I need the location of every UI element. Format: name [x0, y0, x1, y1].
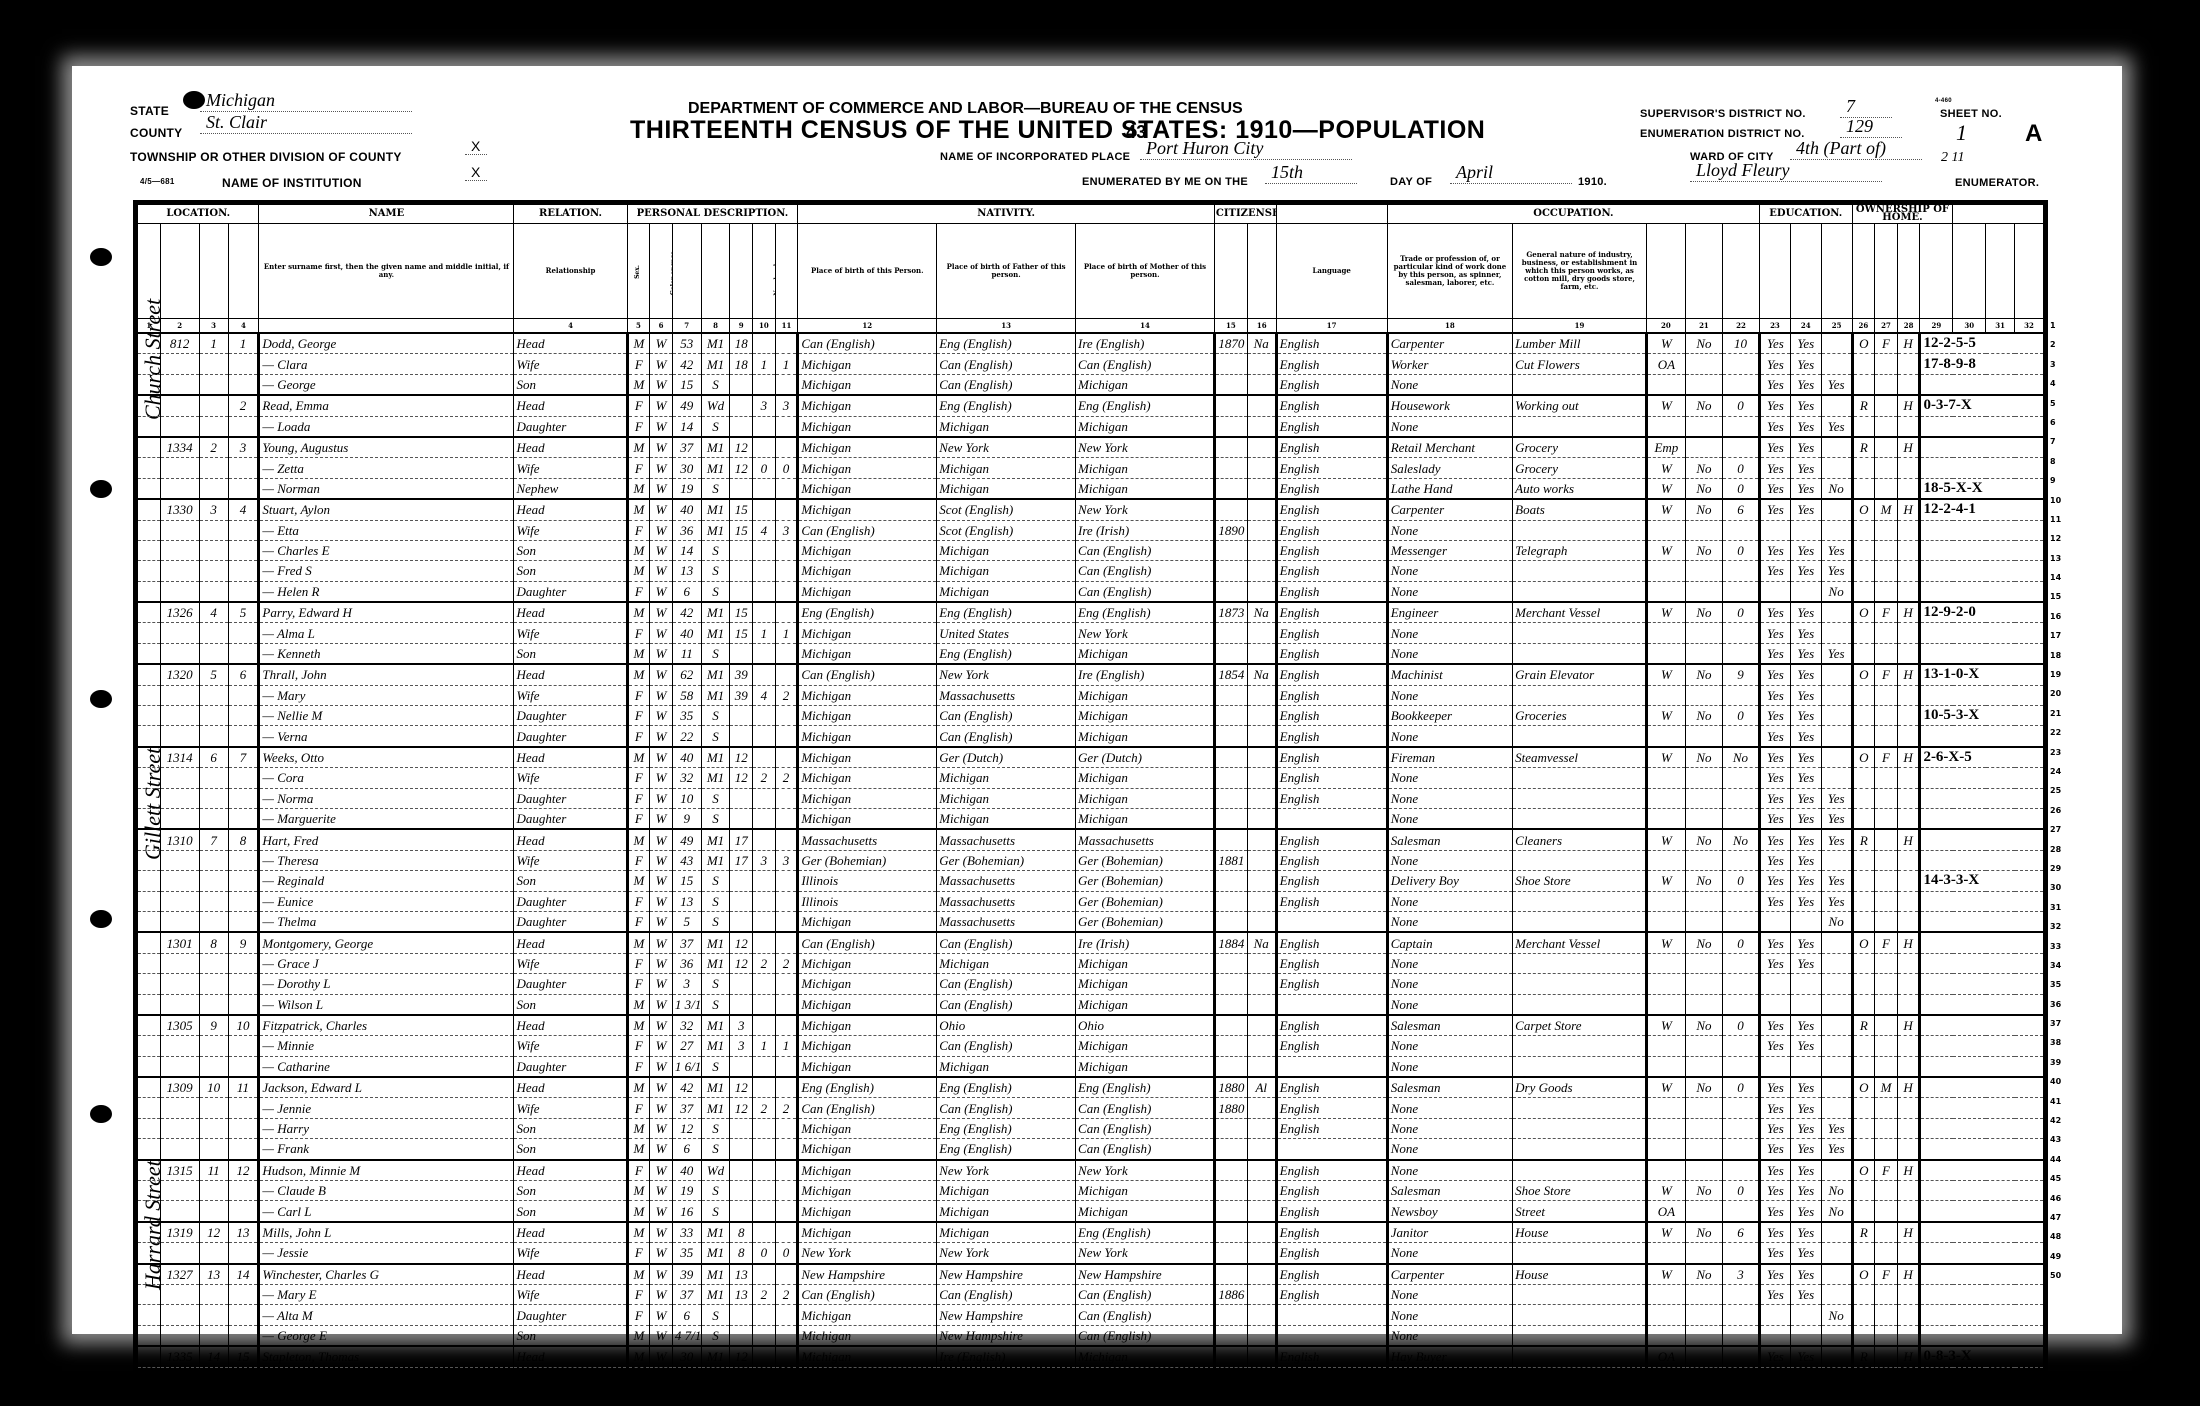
cell-lang: English	[1276, 706, 1387, 726]
cell-dw	[199, 1181, 228, 1201]
cell-blank	[138, 1036, 161, 1056]
cell-ind	[1513, 561, 1647, 581]
cell-race: W	[650, 374, 673, 395]
person-row: — Dorothy LDaughterFW3SMichiganCan (Engl…	[138, 974, 2044, 994]
cell-fam: 14	[228, 1264, 259, 1285]
cell-oow: No	[1685, 602, 1722, 623]
cell-school	[1821, 1015, 1852, 1036]
cell-write	[1790, 520, 1821, 540]
cell-own	[1852, 994, 1875, 1015]
cell-fpob: Massachusetts	[937, 829, 1076, 850]
cell-lang: English	[1276, 1160, 1387, 1181]
cell-code	[1920, 829, 2044, 850]
cell-school	[1821, 333, 1852, 354]
cell-occ: None	[1387, 1118, 1512, 1138]
person-row: — JennieWifeFW37M11222Can (English)Can (…	[138, 1098, 2044, 1118]
cell-own: O	[1852, 747, 1875, 768]
cell-pob: Can (English)	[798, 1284, 937, 1304]
cell-mpob: New York	[1076, 1243, 1215, 1264]
cell-fam	[228, 685, 259, 705]
cell-rel: Head	[514, 333, 627, 354]
cell-write	[1790, 1325, 1821, 1346]
cell-nat	[1247, 808, 1276, 829]
column-number: 31	[1986, 319, 2015, 334]
cell-lang: English	[1276, 437, 1387, 458]
cell-oow	[1685, 953, 1722, 973]
cell-race: W	[650, 478, 673, 499]
cell-nat: Na	[1247, 602, 1276, 623]
cell-nat	[1247, 354, 1276, 374]
cell-dw	[199, 1098, 228, 1118]
cell-fh: H	[1897, 747, 1920, 768]
cell-ms: S	[701, 994, 730, 1015]
cell-born	[753, 891, 776, 911]
cell-living	[775, 1346, 798, 1367]
cell-name: — Zetta	[259, 458, 514, 478]
cell-born	[753, 788, 776, 808]
cell-occ: Carpenter	[1387, 333, 1512, 354]
cell-mpob: Michigan	[1076, 1056, 1215, 1077]
cell-imm	[1214, 540, 1247, 560]
cell-fpob: Michigan	[937, 561, 1076, 581]
cell-ms: S	[701, 1139, 730, 1160]
cell-read: Yes	[1760, 1284, 1791, 1304]
person-row: 130189Montgomery, GeorgeHeadMW37M112Can …	[138, 932, 2044, 953]
cell-mpob: Michigan	[1076, 1201, 1215, 1222]
cell-sex: F	[627, 891, 650, 911]
cell-fh	[1897, 1098, 1920, 1118]
cell-yrs	[730, 1325, 753, 1346]
cell-lang: English	[1276, 1222, 1387, 1243]
cell-emp	[1646, 911, 1685, 932]
cell-code	[1920, 1181, 2044, 1201]
cell-pob: Michigan	[798, 478, 937, 499]
cell-race: W	[650, 768, 673, 788]
cell-ind	[1513, 1305, 1647, 1325]
cell-mpob: Ger (Dutch)	[1076, 747, 1215, 768]
cell-free	[1875, 871, 1898, 891]
cell-mpob: Michigan	[1076, 953, 1215, 973]
cell-mpob: Ohio	[1076, 1015, 1215, 1036]
cell-fpob: Can (English)	[937, 1036, 1076, 1056]
cell-yrs: 17	[730, 829, 753, 850]
cell-lang: English	[1276, 1181, 1387, 1201]
cell-blank	[138, 768, 161, 788]
cell-fam	[228, 374, 259, 395]
cell-yrs	[730, 374, 753, 395]
cell-nat	[1247, 685, 1276, 705]
line-number: 27	[2050, 820, 2072, 839]
cell-fh: H	[1897, 1222, 1920, 1243]
cell-born: 4	[753, 685, 776, 705]
cell-yrs: 39	[730, 664, 753, 685]
cell-race: W	[650, 1284, 673, 1304]
cell-house: 1305	[160, 1015, 199, 1036]
cell-ms: S	[701, 1056, 730, 1077]
cell-dw	[199, 891, 228, 911]
line-number: 6	[2050, 413, 2072, 432]
cell-living	[775, 911, 798, 932]
cell-age: 35	[672, 706, 701, 726]
cell-code: 12-2-4-1	[1920, 499, 2044, 520]
cell-own: O	[1852, 499, 1875, 520]
cell-dw	[199, 354, 228, 374]
cell-fam	[228, 808, 259, 829]
cell-blank	[138, 354, 161, 374]
person-row: 131467Weeks, OttoHeadMW40M112MichiganGer…	[138, 747, 2044, 768]
cell-born: 0	[753, 1243, 776, 1264]
cell-wks	[1722, 581, 1759, 602]
cell-race: W	[650, 953, 673, 973]
cell-house: 1314	[160, 747, 199, 768]
cell-race: W	[650, 623, 673, 643]
cell-free	[1875, 726, 1898, 747]
population-schedule-table: LOCATION. NAME RELATION. PERSONAL DESCRI…	[133, 200, 2048, 1372]
cell-code	[1920, 1201, 2044, 1222]
cell-code	[1920, 1160, 2044, 1181]
group-occupation: OCCUPATION.	[1387, 205, 1759, 224]
cell-code: 0-8-3-X	[1920, 1346, 2044, 1367]
cell-emp	[1646, 891, 1685, 911]
cell-mpob: Michigan	[1076, 726, 1215, 747]
cell-wks	[1722, 1160, 1759, 1181]
cell-read: Yes	[1760, 768, 1791, 788]
line-number: 45	[2050, 1169, 2072, 1188]
cell-fam: 11	[228, 1077, 259, 1098]
cell-living	[775, 788, 798, 808]
cell-yrs: 12	[730, 747, 753, 768]
person-row: — MaryWifeFW58M13942MichiganMassachusett…	[138, 685, 2044, 705]
cell-fpob: Eng (English)	[937, 395, 1076, 416]
cell-age: 49	[672, 829, 701, 850]
enumerated-day: 15th	[1265, 162, 1357, 184]
cell-wks	[1722, 685, 1759, 705]
line-number: 9	[2050, 471, 2072, 490]
cell-lang: English	[1276, 747, 1387, 768]
cell-school	[1821, 1098, 1852, 1118]
cell-born	[753, 932, 776, 953]
cell-yrs: 18	[730, 354, 753, 374]
cell-born: 2	[753, 1284, 776, 1304]
group-misc	[1953, 205, 2044, 224]
cell-school	[1821, 354, 1852, 374]
line-number: 13	[2050, 549, 2072, 568]
cell-fam	[228, 623, 259, 643]
cell-occ: Engineer	[1387, 602, 1512, 623]
column-header: Street, avenue, road, etc.	[138, 224, 161, 319]
cell-fh	[1897, 994, 1920, 1015]
cell-fpob: Scot (English)	[937, 499, 1076, 520]
column-number	[259, 319, 514, 334]
cell-fpob: Eng (English)	[937, 1139, 1076, 1160]
person-row: — George ESonMW4 7/12SMichiganNew Hampsh…	[138, 1325, 2044, 1346]
cell-name: — Alta M	[259, 1305, 514, 1325]
cell-occ: Worker	[1387, 354, 1512, 374]
cell-name: Winchester, Charles G	[259, 1264, 514, 1285]
cell-fh: H	[1897, 1015, 1920, 1036]
cell-name: Montgomery, George	[259, 932, 514, 953]
cell-race: W	[650, 850, 673, 870]
cell-ms: S	[701, 478, 730, 499]
cell-blank	[138, 1325, 161, 1346]
cell-nat	[1247, 395, 1276, 416]
cell-fam: 5	[228, 602, 259, 623]
cell-imm: 1880	[1214, 1098, 1247, 1118]
cell-emp	[1646, 581, 1685, 602]
cell-sex: M	[627, 1077, 650, 1098]
cell-read	[1760, 520, 1791, 540]
cell-yrs: 15	[730, 499, 753, 520]
cell-nat	[1247, 1118, 1276, 1138]
cell-free: M	[1875, 1077, 1898, 1098]
cell-school: Yes	[1821, 788, 1852, 808]
person-row: 133423Young, AugustusHeadMW37M112Michiga…	[138, 437, 2044, 458]
cell-write: Yes	[1790, 1222, 1821, 1243]
cell-fpob: Michigan	[937, 1222, 1076, 1243]
cell-born	[753, 974, 776, 994]
census-title: THIRTEENTH CENSUS OF THE UNITED STATES: …	[630, 116, 1485, 145]
cell-fh	[1897, 1036, 1920, 1056]
cell-ind	[1513, 911, 1647, 932]
cell-age: 37	[672, 1098, 701, 1118]
cell-race: W	[650, 726, 673, 747]
column-number: 26	[1852, 319, 1875, 334]
cell-rel: Son	[514, 561, 627, 581]
line-number: 38	[2050, 1033, 2072, 1052]
cell-dw	[199, 911, 228, 932]
cell-fh: H	[1897, 664, 1920, 685]
cell-rel: Son	[514, 643, 627, 664]
cell-name: — Claude B	[259, 1181, 514, 1201]
cell-pob: Michigan	[798, 1118, 937, 1138]
cell-read	[1760, 994, 1791, 1015]
cell-pob: Michigan	[798, 437, 937, 458]
cell-school	[1821, 1222, 1852, 1243]
cell-emp: W	[1646, 458, 1685, 478]
cell-emp	[1646, 1118, 1685, 1138]
cell-read: Yes	[1760, 499, 1791, 520]
cell-fpob: Massachusetts	[937, 871, 1076, 891]
cell-race: W	[650, 395, 673, 416]
cell-pob: Can (English)	[798, 333, 937, 354]
cell-house	[160, 1284, 199, 1304]
cell-age: 4 7/12	[672, 1325, 701, 1346]
cell-free	[1875, 1139, 1898, 1160]
cell-rel: Head	[514, 437, 627, 458]
column-header: Whether an employer, employee, or workin…	[1646, 224, 1685, 319]
cell-nat	[1247, 1222, 1276, 1243]
column-number: 3	[199, 319, 228, 334]
cell-write: Yes	[1790, 1201, 1821, 1222]
cell-own	[1852, 458, 1875, 478]
cell-fh	[1897, 891, 1920, 911]
cell-occ: Salesman	[1387, 1077, 1512, 1098]
cell-rel: Head	[514, 1222, 627, 1243]
cell-mpob: Can (English)	[1076, 1284, 1215, 1304]
group-personal: PERSONAL DESCRIPTION.	[627, 205, 798, 224]
cell-race: W	[650, 1118, 673, 1138]
cell-occ: Salesman	[1387, 1015, 1512, 1036]
cell-school: No	[1821, 1181, 1852, 1201]
cell-dw	[199, 808, 228, 829]
cell-fh: H	[1897, 829, 1920, 850]
cell-fh	[1897, 1325, 1920, 1346]
cell-imm: 1881	[1214, 850, 1247, 870]
cell-free	[1875, 974, 1898, 994]
person-row: — Charles ESonMW14SMichiganMichiganCan (…	[138, 540, 2044, 560]
cell-nat	[1247, 768, 1276, 788]
cell-code	[1920, 458, 2044, 478]
cell-own: O	[1852, 1160, 1875, 1181]
cell-read	[1760, 911, 1791, 932]
cell-free	[1875, 643, 1898, 664]
cell-imm	[1214, 1264, 1247, 1285]
cell-born	[753, 374, 776, 395]
cell-sex: M	[627, 602, 650, 623]
cell-lang: English	[1276, 788, 1387, 808]
cell-blank	[138, 1015, 161, 1036]
cell-living	[775, 994, 798, 1015]
cell-code	[1920, 1056, 2044, 1077]
column-number: 25	[1821, 319, 1852, 334]
cell-nat	[1247, 581, 1276, 602]
cell-emp	[1646, 1036, 1685, 1056]
cell-dw	[199, 685, 228, 705]
cell-free	[1875, 540, 1898, 560]
column-header: Whether deaf and dumb.	[2015, 224, 2044, 319]
cell-rel: Wife	[514, 768, 627, 788]
cell-imm	[1214, 1056, 1247, 1077]
cell-pob: Can (English)	[798, 1098, 937, 1118]
cell-house: 1309	[160, 1077, 199, 1098]
cell-yrs: 12	[730, 1077, 753, 1098]
cell-ms: S	[701, 788, 730, 808]
cell-ind: Shoe Store	[1513, 1181, 1647, 1201]
punch-hole	[90, 480, 112, 498]
cell-house	[160, 374, 199, 395]
cell-nat	[1247, 374, 1276, 395]
cell-rel: Wife	[514, 623, 627, 643]
cell-fh	[1897, 458, 1920, 478]
cell-born: 3	[753, 395, 776, 416]
sheet-label: SHEET NO.	[1940, 108, 2002, 120]
cell-nat: Na	[1247, 932, 1276, 953]
cell-ms: S	[701, 1305, 730, 1325]
cell-ms: M1	[701, 354, 730, 374]
cell-code	[1920, 1284, 2044, 1304]
cell-write: Yes	[1790, 1160, 1821, 1181]
cell-age: 36	[672, 953, 701, 973]
cell-imm	[1214, 1222, 1247, 1243]
cell-ms: M1	[701, 768, 730, 788]
cell-school	[1821, 499, 1852, 520]
cell-living	[775, 1181, 798, 1201]
cell-emp	[1646, 416, 1685, 437]
cell-name: — Harry	[259, 1118, 514, 1138]
cell-own	[1852, 1243, 1875, 1264]
cell-house: 812	[160, 333, 199, 354]
cell-occ: None	[1387, 726, 1512, 747]
cell-read: Yes	[1760, 850, 1791, 870]
cell-born	[753, 706, 776, 726]
institution-value: X	[465, 164, 487, 181]
cell-code	[1920, 1077, 2044, 1098]
cell-living	[775, 561, 798, 581]
cell-age: 30	[672, 1346, 701, 1367]
cell-pob: Michigan	[798, 623, 937, 643]
cell-pob: Michigan	[798, 1036, 937, 1056]
cell-imm	[1214, 437, 1247, 458]
cell-fam: 12	[228, 1160, 259, 1181]
cell-race: W	[650, 1056, 673, 1077]
cell-fpob: Massachusetts	[937, 685, 1076, 705]
cell-house	[160, 1056, 199, 1077]
cell-age: 32	[672, 768, 701, 788]
cell-lang: English	[1276, 1098, 1387, 1118]
place-label: NAME OF INCORPORATED PLACE	[940, 151, 1130, 163]
cell-age: 35	[672, 1243, 701, 1264]
cell-ms: M1	[701, 850, 730, 870]
cell-sex: M	[627, 1346, 650, 1367]
cell-name: Parry, Edward H	[259, 602, 514, 623]
cell-ind	[1513, 623, 1647, 643]
cell-rel: Son	[514, 540, 627, 560]
cell-race: W	[650, 354, 673, 374]
supervisor-label: SUPERVISOR'S DISTRICT NO.	[1640, 108, 1806, 120]
cell-fpob: Ger (Dutch)	[937, 747, 1076, 768]
cell-code: 14-3-3-X	[1920, 871, 2044, 891]
cell-yrs	[730, 478, 753, 499]
cell-ind: House	[1513, 1264, 1647, 1285]
cell-oow	[1685, 974, 1722, 994]
cell-imm	[1214, 478, 1247, 499]
cell-emp	[1646, 1284, 1685, 1304]
cell-ms: S	[701, 726, 730, 747]
township-value: X	[465, 138, 487, 155]
cell-emp	[1646, 520, 1685, 540]
cell-wks: 0	[1722, 1015, 1759, 1036]
cell-code	[1920, 685, 2044, 705]
cell-name: — Jennie	[259, 1098, 514, 1118]
cell-code	[1920, 1015, 2044, 1036]
cell-sex: F	[627, 416, 650, 437]
cell-imm	[1214, 354, 1247, 374]
cell-read	[1760, 581, 1791, 602]
cell-ms: M1	[701, 499, 730, 520]
cell-emp	[1646, 1243, 1685, 1264]
cell-age: 43	[672, 850, 701, 870]
cell-read: Yes	[1760, 1139, 1791, 1160]
cell-ind: Grain Elevator	[1513, 664, 1647, 685]
cell-free	[1875, 808, 1898, 829]
cell-living	[775, 1015, 798, 1036]
cell-mpob: Ire (English)	[1076, 333, 1215, 354]
cell-occ: Delivery Boy	[1387, 871, 1512, 891]
person-row: — ReginaldSonMW15SIllinoisMassachusettsG…	[138, 871, 2044, 891]
cell-ind: Telegraph	[1513, 540, 1647, 560]
line-number: 31	[2050, 898, 2072, 917]
cell-wks	[1722, 374, 1759, 395]
cell-living	[775, 602, 798, 623]
cell-write: Yes	[1790, 416, 1821, 437]
person-row: — ZettaWifeFW30M11200MichiganMichiganMic…	[138, 458, 2044, 478]
cell-dw: 9	[199, 1015, 228, 1036]
cell-mpob: Michigan	[1076, 478, 1215, 499]
cell-born	[753, 478, 776, 499]
cell-school	[1821, 1284, 1852, 1304]
cell-fam: 10	[228, 1015, 259, 1036]
cell-rel: Daughter	[514, 416, 627, 437]
